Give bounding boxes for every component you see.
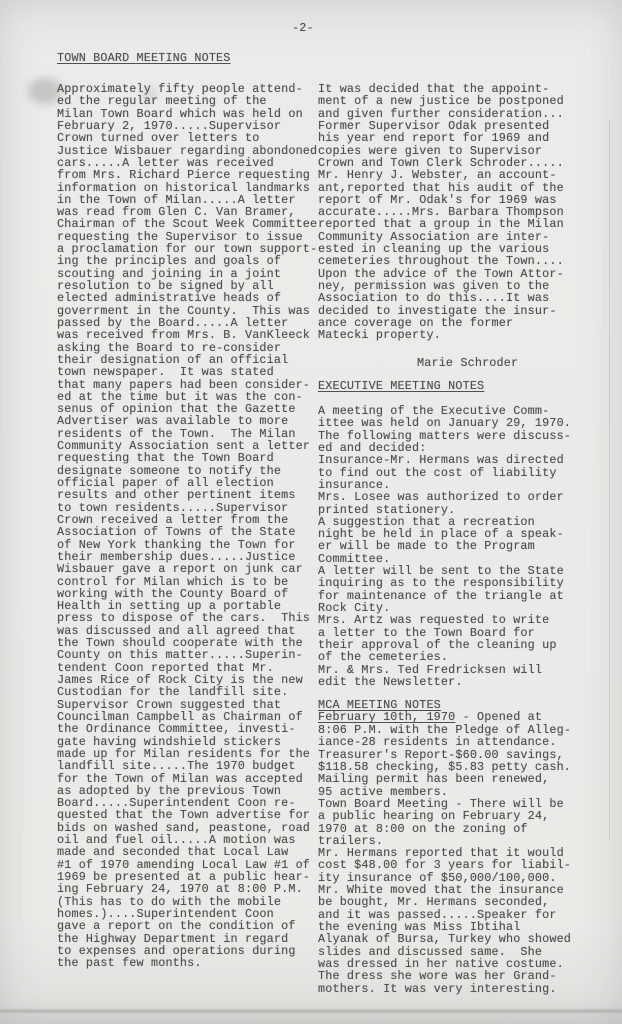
mca-date-rest: - Opened at — [455, 710, 542, 724]
scan-bottom-shadow — [0, 1008, 622, 1014]
mca-date-line: February 10th, 1970 - Opened at — [318, 711, 542, 723]
executive-meeting-body: A meeting of the Executive Comm- ittee w… — [318, 405, 586, 688]
page-number: -2- — [292, 22, 314, 34]
scan-edge-line — [609, 120, 610, 840]
mca-meeting-body: 8:06 P.M. with the Pledge of Alleg- ianc… — [318, 724, 586, 995]
signature: Marie Schroder — [417, 357, 518, 369]
town-board-heading: TOWN BOARD MEETING NOTES — [57, 52, 231, 64]
mca-date: February 10th, 1970 — [318, 710, 455, 724]
town-board-body-continued: It was decided that the appoint- ment of… — [318, 83, 586, 342]
town-board-body: Approximately fifty people attend- ed th… — [57, 83, 325, 970]
executive-meeting-heading: EXECUTIVE MEETING NOTES — [318, 380, 484, 392]
document-page: -2- TOWN BOARD MEETING NOTES Approximate… — [0, 0, 622, 1024]
